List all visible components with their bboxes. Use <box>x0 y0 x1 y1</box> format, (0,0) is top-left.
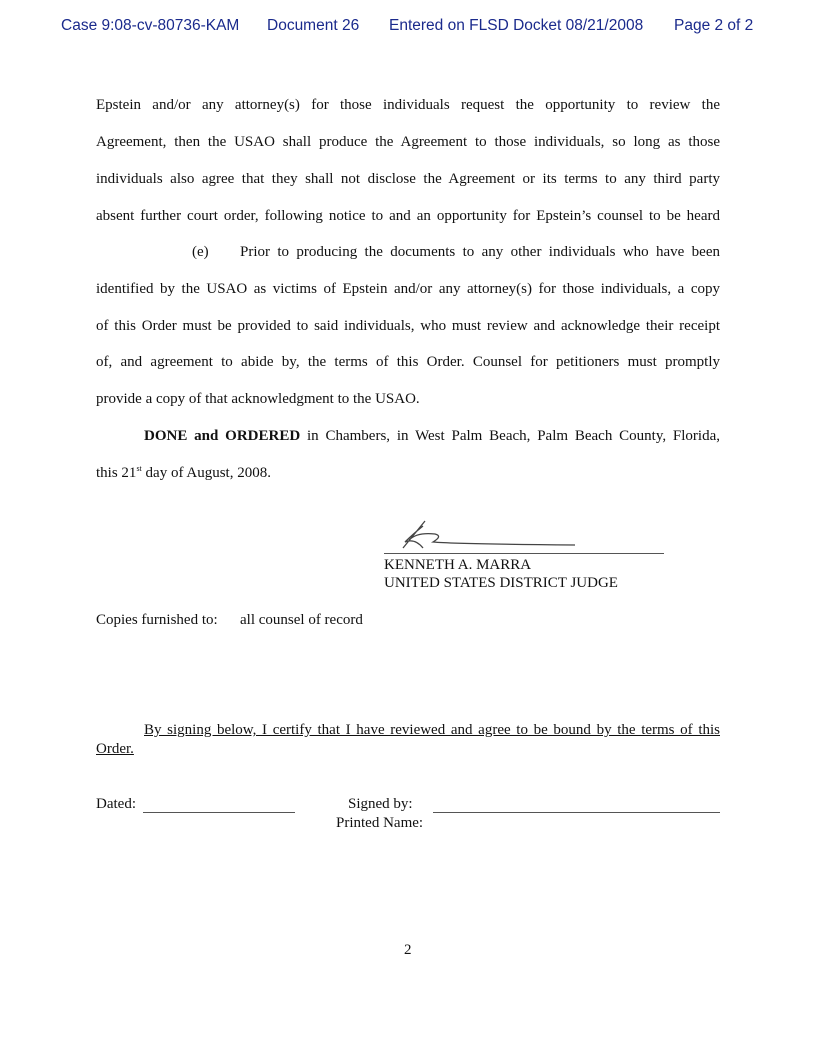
body-line: of, and agreement to abide by, the terms… <box>96 354 720 371</box>
done-bold: DONE and ORDERED <box>144 428 300 444</box>
copies-label: Copies furnished to: <box>96 612 218 629</box>
judge-signature-image <box>395 518 585 554</box>
body-line: of this Order must be provided to said i… <box>96 318 720 335</box>
date-post: day of August, 2008. <box>142 465 271 481</box>
document-number: Document 26 <box>267 17 359 35</box>
judge-title: UNITED STATES DISTRICT JUDGE <box>384 575 618 592</box>
certification-line: By signing below, I certify that I have … <box>144 722 720 739</box>
body-line: individuals also agree that they shall n… <box>96 171 720 188</box>
entered-date: Entered on FLSD Docket 08/21/2008 <box>389 17 643 35</box>
body-line: Prior to producing the documents to any … <box>240 244 720 261</box>
case-number: Case 9:08-cv-80736-KAM <box>61 17 239 35</box>
page-indicator: Page 2 of 2 <box>674 17 753 35</box>
done-and-ordered: DONE and ORDERED in Chambers, in West Pa… <box>144 428 720 445</box>
page-number: 2 <box>404 942 412 959</box>
printed-name-label: Printed Name: <box>336 815 423 832</box>
certification-line: Order. <box>96 741 134 758</box>
body-line: absent further court order, following no… <box>96 208 720 225</box>
done-rest: in Chambers, in West Palm Beach, Palm Be… <box>300 428 720 444</box>
body-line: provide a copy of that acknowledgment to… <box>96 391 720 408</box>
subparagraph-label: (e) <box>192 244 209 261</box>
copies-value: all counsel of record <box>240 612 363 629</box>
date-pre: this 21 <box>96 465 136 481</box>
signed-by-label: Signed by: <box>348 796 413 813</box>
body-line: Epstein and/or any attorney(s) for those… <box>96 97 720 114</box>
judge-name: KENNETH A. MARRA <box>384 557 531 574</box>
body-line: Agreement, then the USAO shall produce t… <box>96 134 720 151</box>
signed-by-field[interactable] <box>433 812 720 813</box>
judge-signature-line <box>384 553 664 554</box>
dated-label: Dated: <box>96 796 136 813</box>
dated-field[interactable] <box>143 812 295 813</box>
body-line: identified by the USAO as victims of Eps… <box>96 281 720 298</box>
date-line: this 21st day of August, 2008. <box>96 465 720 482</box>
